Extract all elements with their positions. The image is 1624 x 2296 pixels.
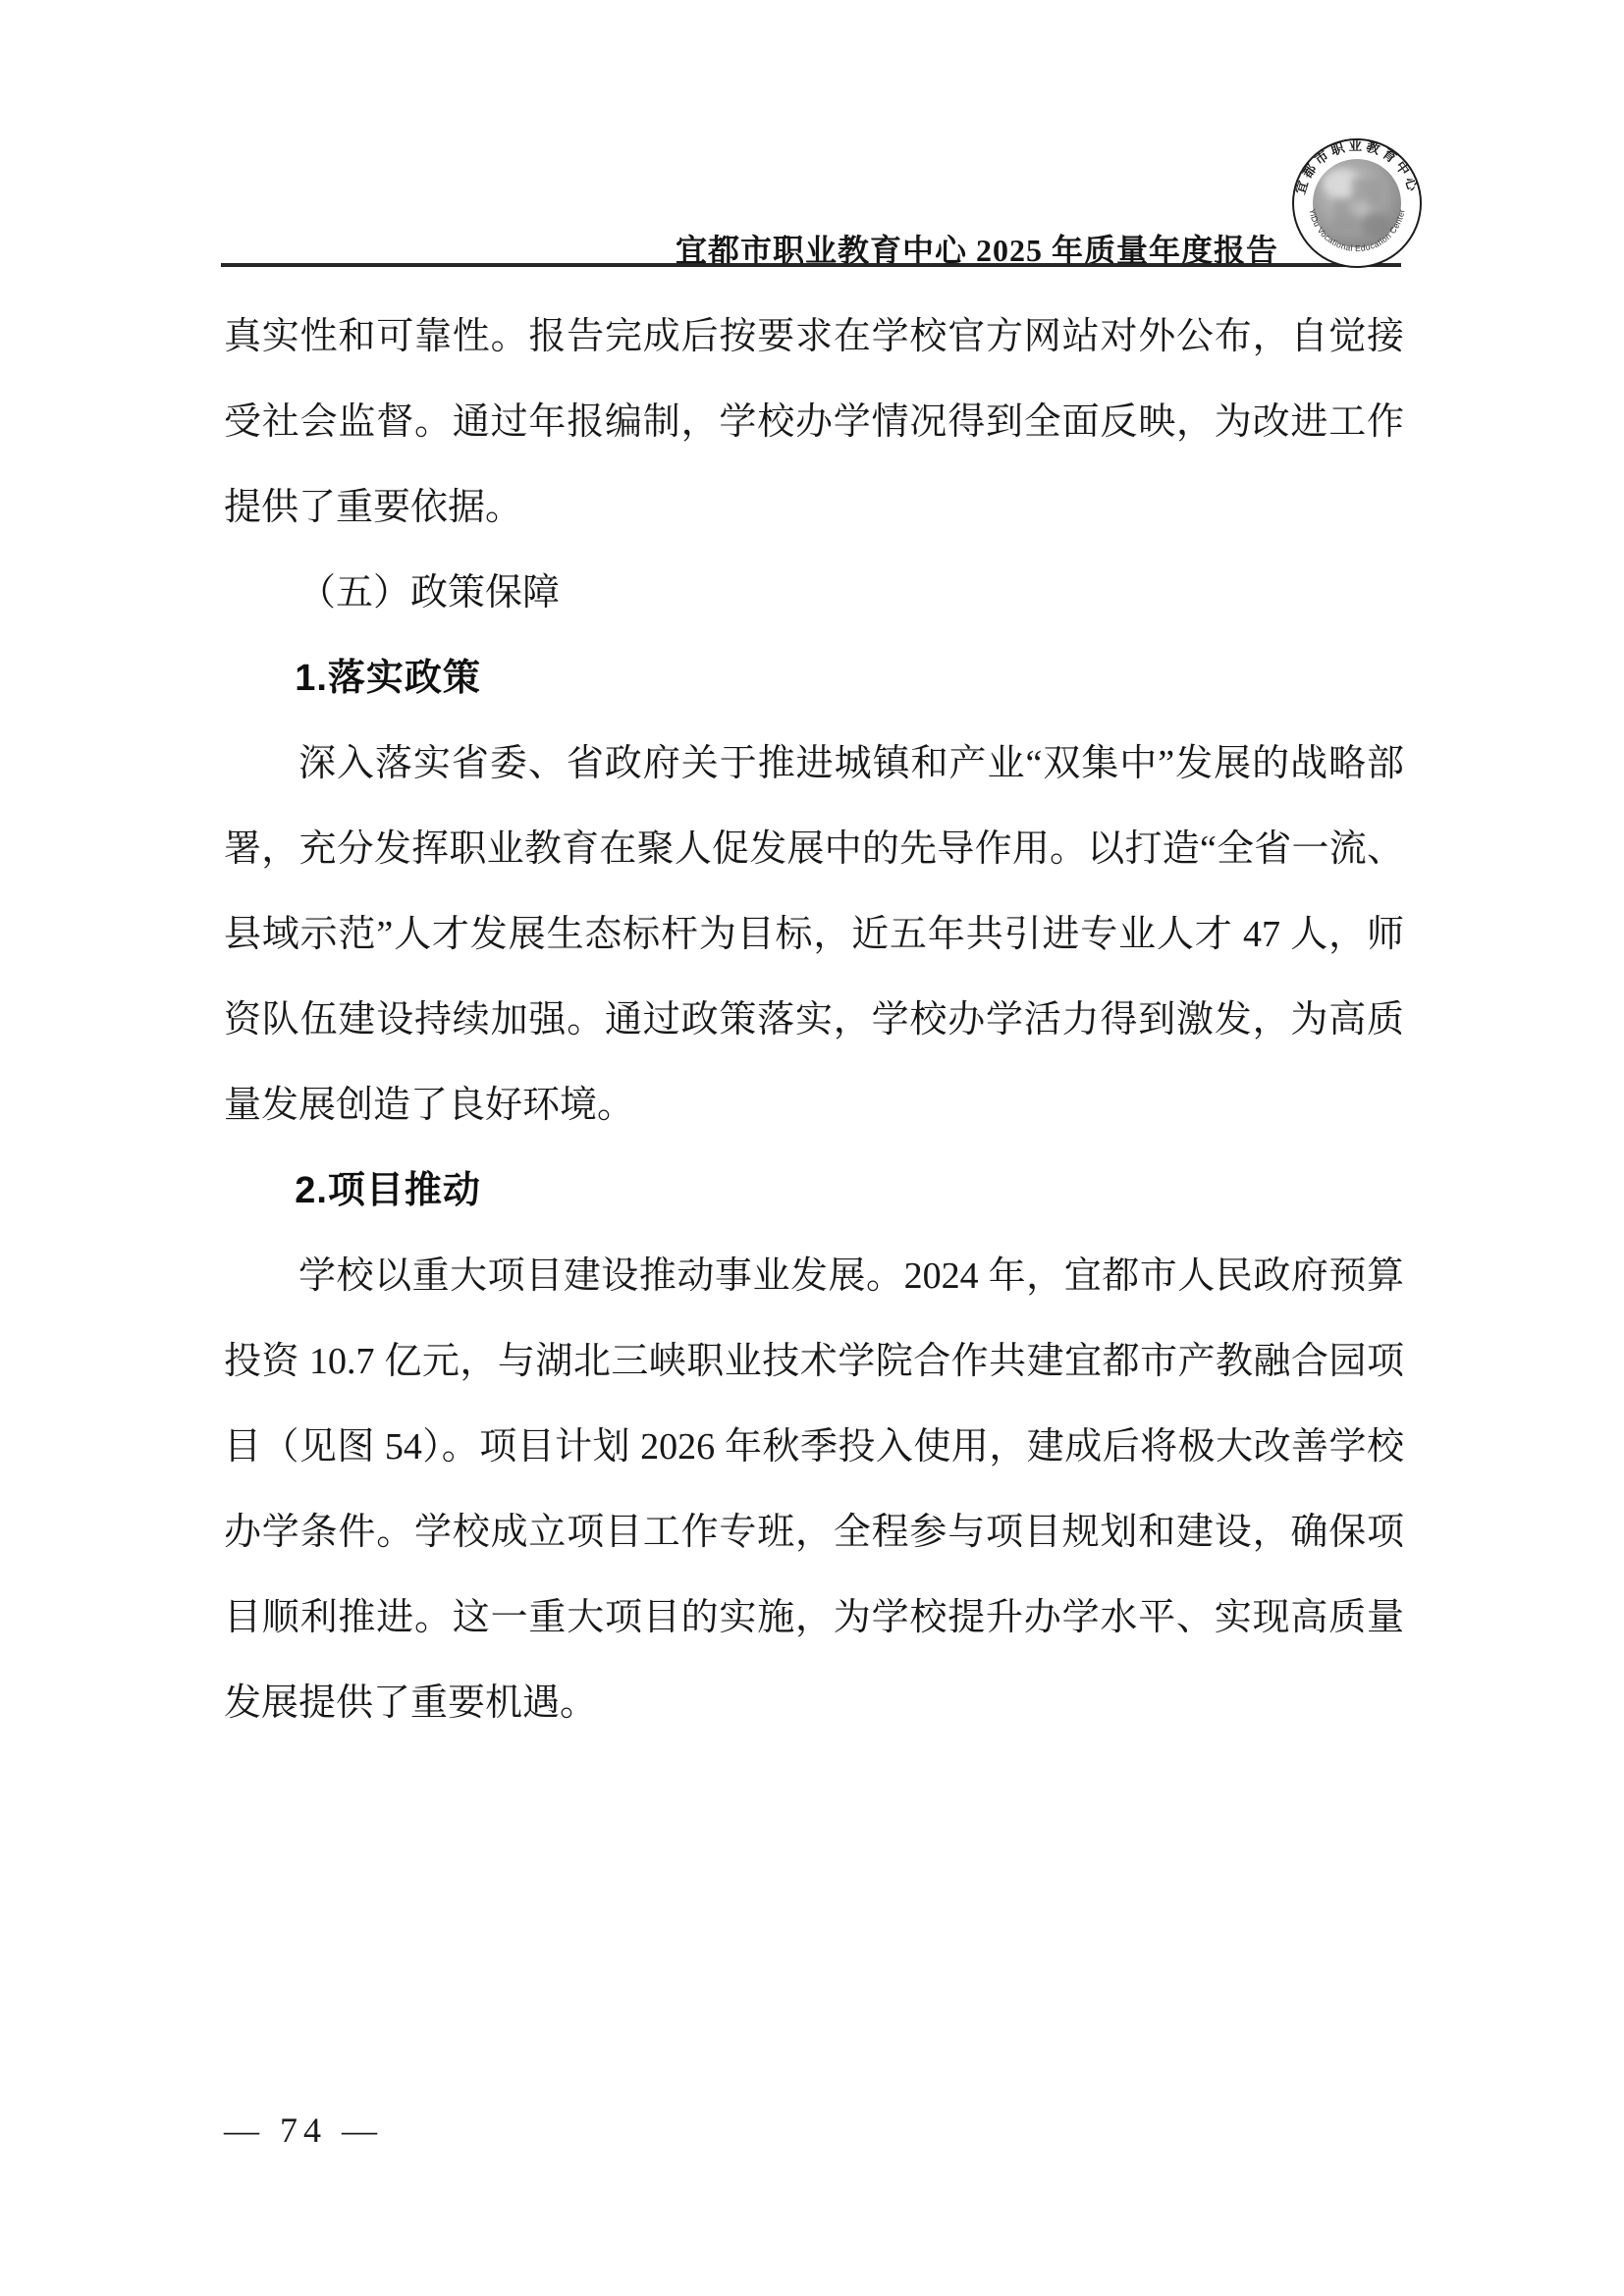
document-body: 真实性和可靠性。报告完成后按要求在学校官方网站对外公布，自觉接受社会监督。通过年… [224,294,1404,1746]
header-rule [221,263,1401,267]
paragraph-policy-implementation: 深入落实省委、省政府关于推进城镇和产业“双集中”发展的战略部署，充分发挥职业教育… [224,721,1404,1148]
paragraph-project-promotion: 学校以重大项目建设推动事业发展。2024 年，宜都市人民政府预算投资 10.7 … [224,1234,1404,1746]
section-heading-policy-guarantee: （五）政策保障 [224,551,1404,636]
school-seal-logo-icon: 宜都市职业教育中心 YiDu Vocational Education Cent… [1290,136,1424,270]
sub-heading-project-promotion: 2.项目推动 [224,1148,1404,1234]
page-number: — 74 — [224,2110,383,2150]
paragraph-report-publication: 真实性和可靠性。报告完成后按要求在学校官方网站对外公布，自觉接受社会监督。通过年… [224,294,1404,551]
sub-heading-implement-policy: 1.落实政策 [224,636,1404,721]
report-page: 宜都市职业教育中心 2025 年质量年度报告 [0,0,1624,2296]
